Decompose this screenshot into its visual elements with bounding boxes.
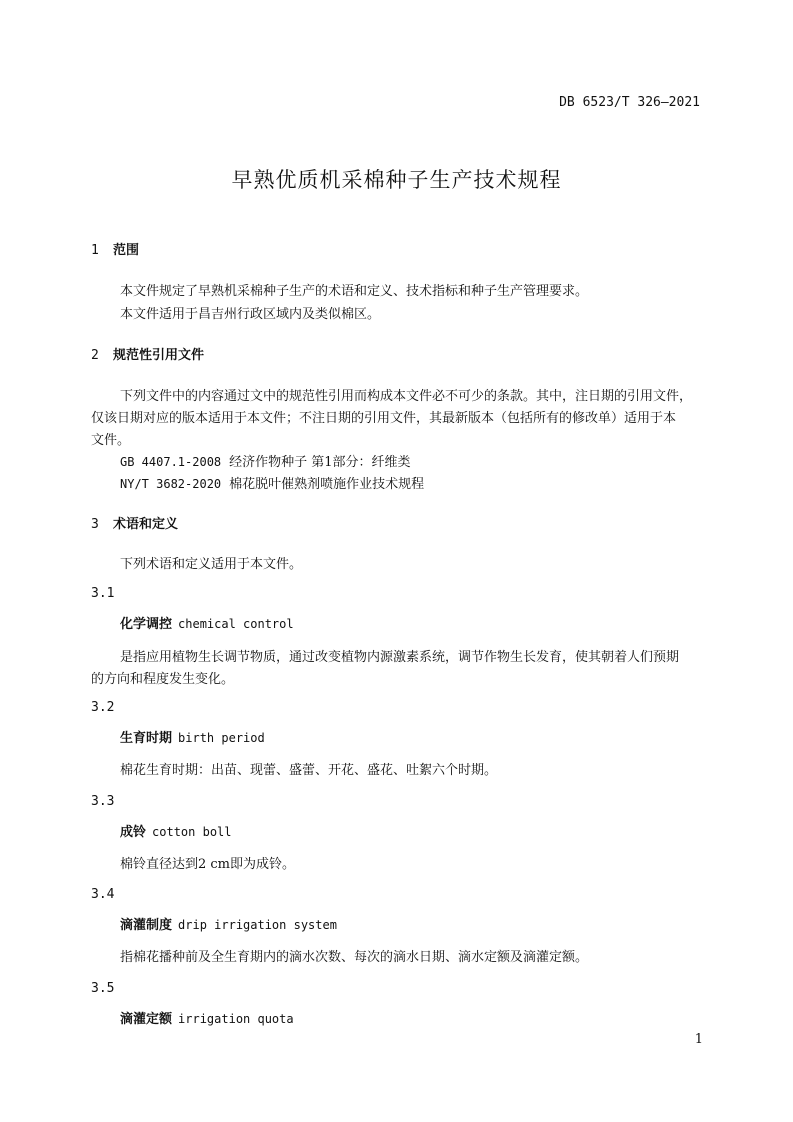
term-number: 3.2: [91, 700, 114, 715]
term-definition-line: 棉花生育时期：出苗、现蕾、盛蕾、开花、盛花、吐絮六个时期。: [120, 759, 497, 778]
term-heading: 滴灌定额irrigation quota: [120, 1008, 294, 1027]
term-number: 3.3: [91, 794, 114, 809]
reference-title: 经济作物种子 第1部分：纤维类: [229, 455, 410, 470]
term-definition-line: 棉铃直径达到2 cm即为成铃。: [120, 853, 295, 872]
term-heading: 成铃cotton boll: [120, 821, 232, 840]
term-heading: 滴灌制度drip irrigation system: [120, 914, 337, 933]
term-en: cotton boll: [152, 825, 231, 839]
section-title: 规范性引用文件: [113, 348, 204, 363]
term-en: drip irrigation system: [178, 918, 337, 932]
term-zh: 化学调控: [120, 617, 172, 632]
term-en: irrigation quota: [178, 1012, 294, 1026]
reference-code: NY/T 3682-2020: [120, 477, 221, 491]
page-number: 1: [695, 1032, 703, 1047]
section-number: 1: [91, 243, 113, 258]
term-zh: 生育时期: [120, 731, 172, 746]
paragraph: 本文件规定了早熟机采棉种子生产的术语和定义、技术指标和种子生产管理要求。: [120, 280, 588, 299]
document-number: DB 6523/T 326—2021: [559, 95, 700, 110]
term-zh: 滴灌定额: [120, 1012, 172, 1027]
paragraph-line: 文件。: [91, 429, 130, 448]
term-definition-line: 指棉花播种前及全生育期内的滴水次数、每次的滴水日期、滴水定额及滴灌定额。: [120, 946, 588, 965]
reference-item: GB 4407.1-2008经济作物种子 第1部分：纤维类: [120, 451, 411, 470]
term-definition-line: 的方向和程度发生变化。: [91, 668, 234, 687]
section-title: 范围: [113, 243, 139, 258]
section-number: 3: [91, 517, 113, 532]
term-number: 3.4: [91, 887, 114, 902]
section-title: 术语和定义: [113, 517, 178, 532]
section-number: 2: [91, 348, 113, 363]
term-number: 3.5: [91, 981, 114, 996]
term-zh: 滴灌制度: [120, 918, 172, 933]
term-definition-line: 是指应用植物生长调节物质，通过改变植物内源激素系统，调节作物生长发育，使其朝着人…: [120, 646, 679, 665]
term-zh: 成铃: [120, 825, 146, 840]
paragraph-line: 下列文件中的内容通过文中的规范性引用而构成本文件必不可少的条款。其中，注日期的引…: [120, 385, 692, 404]
section-3-heading: 3术语和定义: [91, 513, 178, 532]
section-1-heading: 1范围: [91, 239, 139, 258]
term-number: 3.1: [91, 586, 114, 601]
paragraph: 下列术语和定义适用于本文件。: [120, 553, 302, 572]
paragraph-line: 仅该日期对应的版本适用于本文件；不注日期的引用文件，其最新版本（包括所有的修改单…: [91, 407, 676, 426]
term-heading: 化学调控chemical control: [120, 613, 294, 632]
term-en: birth period: [178, 731, 265, 745]
reference-code: GB 4407.1-2008: [120, 455, 221, 469]
term-en: chemical control: [178, 617, 294, 631]
reference-item: NY/T 3682-2020棉花脱叶催熟剂喷施作业技术规程: [120, 473, 424, 492]
document-title: 早熟优质机采棉种子生产技术规程: [0, 164, 793, 194]
section-2-heading: 2规范性引用文件: [91, 344, 204, 363]
reference-title: 棉花脱叶催熟剂喷施作业技术规程: [229, 477, 424, 492]
paragraph: 本文件适用于昌吉州行政区域内及类似棉区。: [120, 303, 380, 322]
term-heading: 生育时期birth period: [120, 727, 265, 746]
